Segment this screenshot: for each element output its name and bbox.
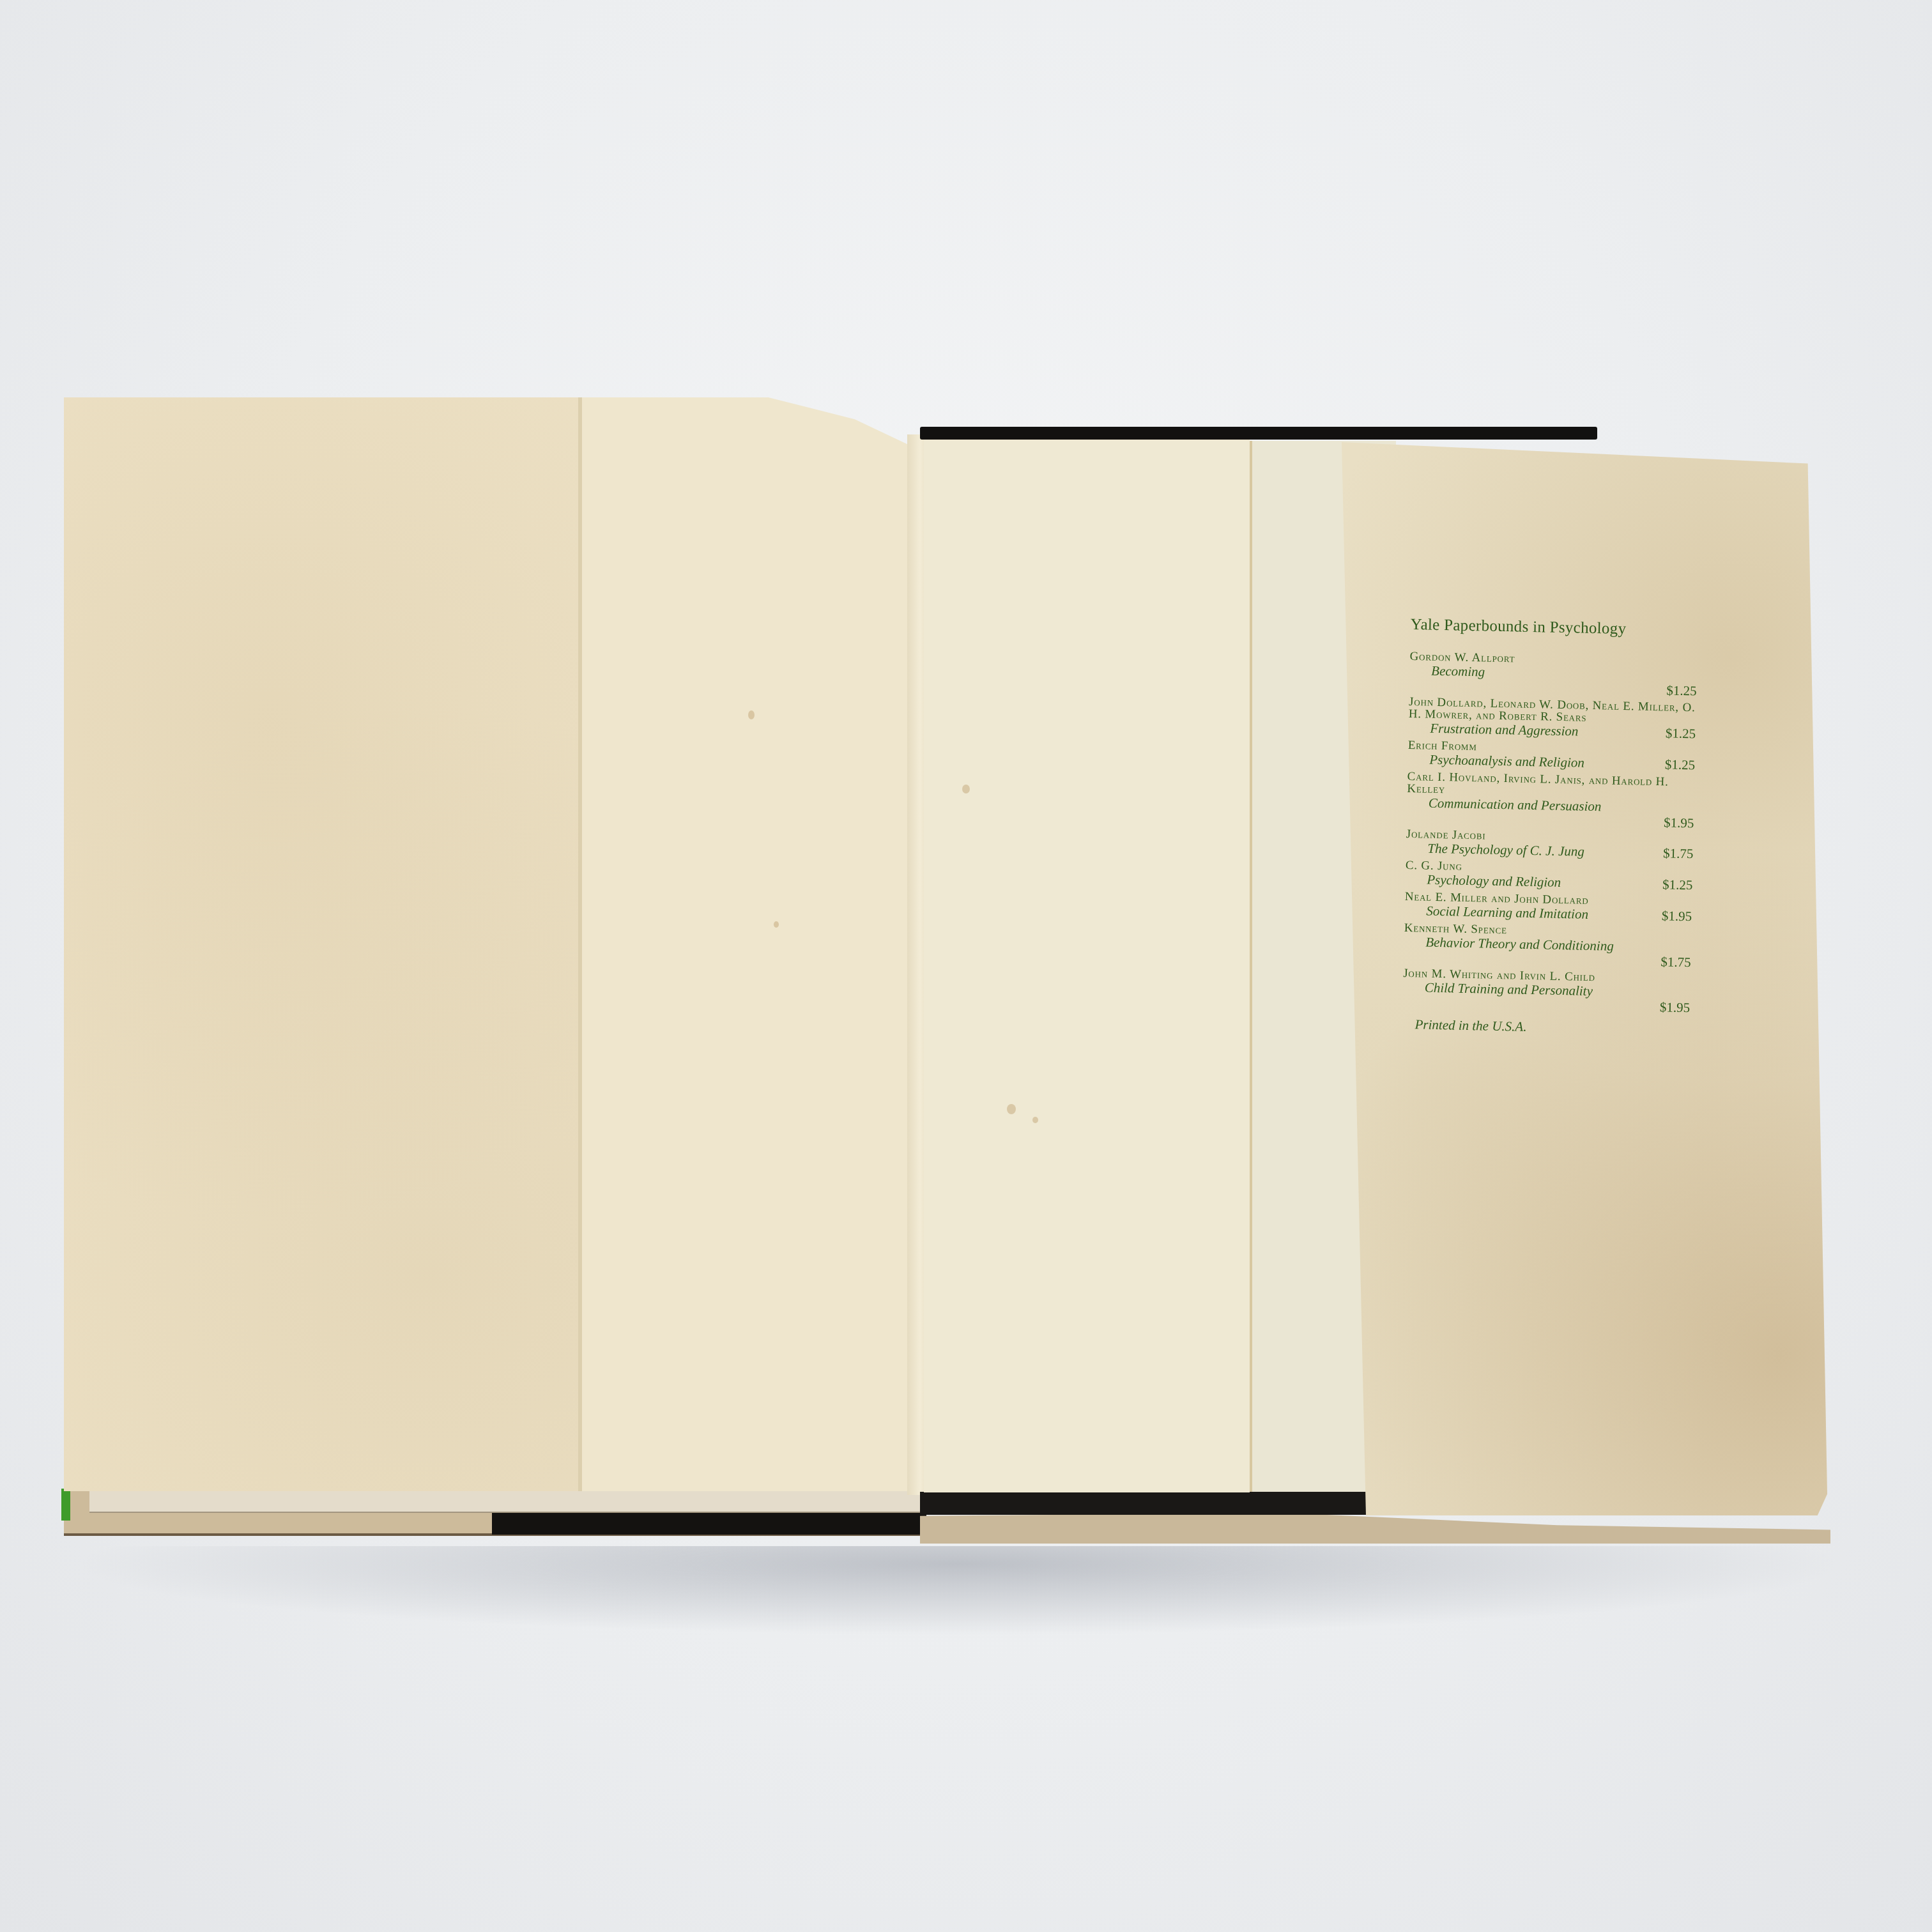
right-board-top-edge xyxy=(920,427,1597,440)
left-board-black-edge xyxy=(492,1513,926,1535)
jacket-flap-text: Yale Paperbounds in Psychology Gordon W.… xyxy=(1402,616,1698,1038)
right-board-bottom-edge xyxy=(920,1513,1830,1544)
foxing-spot xyxy=(748,710,755,719)
book-title: Psychology and Religion xyxy=(1427,872,1561,890)
book-shadow xyxy=(70,1546,1846,1636)
book-title: Social Learning and Imitation xyxy=(1426,903,1588,922)
price: $1.25 xyxy=(1666,725,1696,741)
book-listing: Erich Fromm Psychoanalysis and Religion$… xyxy=(1407,739,1696,772)
right-board-black-edge xyxy=(920,1492,1406,1515)
book-title: Psychoanalysis and Religion xyxy=(1429,752,1584,770)
foxing-spot xyxy=(774,921,779,928)
book-title: Becoming xyxy=(1431,663,1485,680)
book-listing: Carl I. Hovland, Irving L. Janis, and Ha… xyxy=(1406,770,1695,830)
book-listing: Gordon W. Allport Becoming $1.25 xyxy=(1409,650,1698,698)
book-title: Frustration and Aggression xyxy=(1430,721,1579,739)
price: $1.95 xyxy=(1662,908,1692,924)
left-endpaper xyxy=(578,397,924,1491)
book-listing: John M. Whiting and Irvin L. Child Child… xyxy=(1402,967,1690,1015)
book-listing: John Dollard, Leonard W. Doob, Neal E. M… xyxy=(1408,696,1696,741)
foxing-spot xyxy=(1032,1117,1038,1123)
price: $1.75 xyxy=(1663,845,1694,861)
foxing-spot xyxy=(962,785,970,793)
foxing-spot xyxy=(1007,1104,1016,1114)
book-listing: Jolande Jacobi The Psychology of C. J. J… xyxy=(1406,828,1694,861)
book-listing: C. G. Jung Psychology and Religion$1.25 xyxy=(1405,859,1693,893)
price: $1.25 xyxy=(1662,877,1693,893)
book-listing: Neal E. Miller and John Dollard Social L… xyxy=(1404,891,1692,924)
page-block-edge xyxy=(89,1489,926,1513)
right-endpaper xyxy=(924,440,1250,1492)
price: $1.25 xyxy=(1665,756,1696,772)
book-listing: Kenneth W. Spence Behavior Theory and Co… xyxy=(1404,922,1692,969)
book-title: The Psychology of C. J. Jung xyxy=(1427,841,1584,859)
left-jacket-flap xyxy=(64,397,581,1491)
spine-green-edge xyxy=(61,1489,70,1521)
